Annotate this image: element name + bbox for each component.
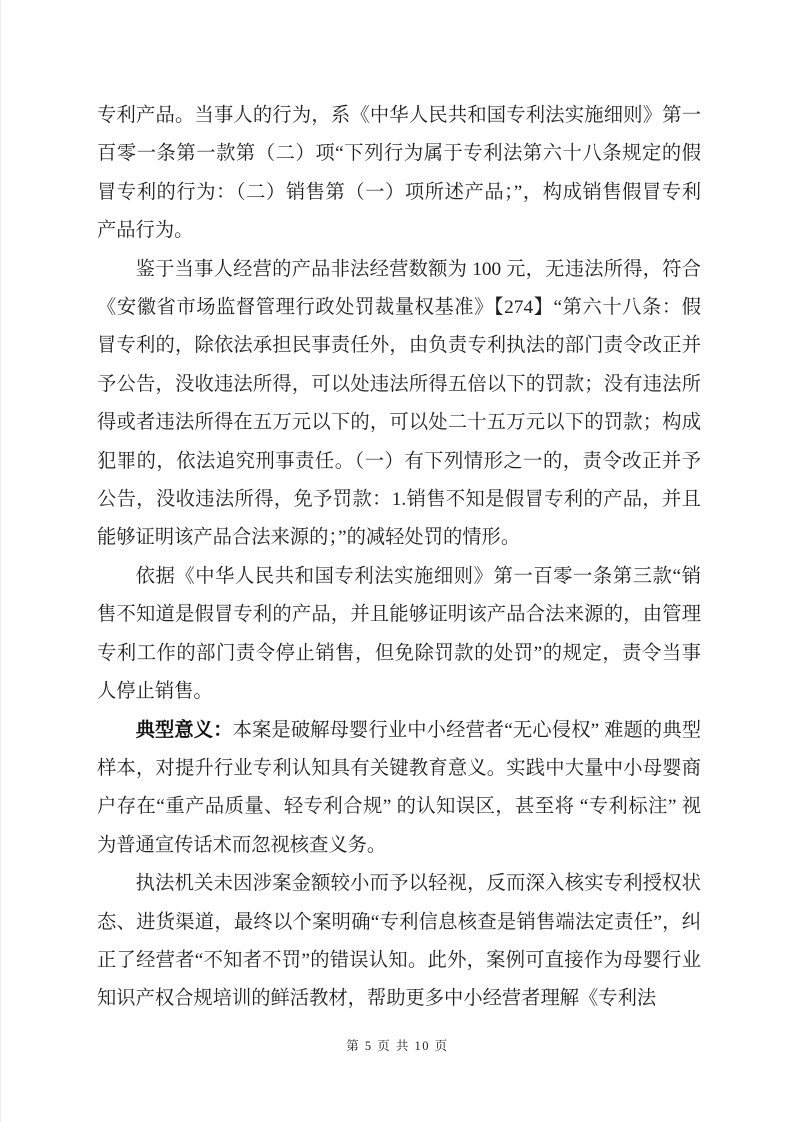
document-body: 专利产品。当事人的行为，系《中华人民共和国专利法实施细则》第一百零一条第一款第（… [97, 97, 701, 1019]
paragraph-text: 鉴于当事人经营的产品非法经营数额为 100 元，无违法所得，符合《安徽省市场监督… [97, 259, 701, 549]
paragraph: 依据《中华人民共和国专利法实施细则》第一百零一条第三款“销售不知道是假冒专利的产… [97, 558, 701, 712]
paragraph-text: 执法机关未因涉案金额较小而予以轻视，反而深入核实专利授权状态、进货渠道，最终以个… [97, 873, 701, 1009]
paragraph: 专利产品。当事人的行为，系《中华人民共和国专利法实施细则》第一百零一条第一款第（… [97, 97, 701, 251]
paragraph: 典型意义：本案是破解母婴行业中小经营者“无心侵权” 难题的典型样本，对提升行业专… [97, 712, 701, 866]
paragraph-text: 依据《中华人民共和国专利法实施细则》第一百零一条第三款“销售不知道是假冒专利的产… [97, 566, 701, 702]
page-footer: 第 5 页 共 10 页 [1, 1036, 794, 1054]
paragraph: 执法机关未因涉案金额较小而予以轻视，反而深入核实专利授权状态、进货渠道，最终以个… [97, 865, 701, 1019]
document-page: 专利产品。当事人的行为，系《中华人民共和国专利法实施细则》第一百零一条第一款第（… [0, 0, 794, 1122]
paragraph-lead: 典型意义： [136, 720, 233, 741]
paragraph-text: 专利产品。当事人的行为，系《中华人民共和国专利法实施细则》第一百零一条第一款第（… [97, 105, 701, 241]
paragraph: 鉴于当事人经营的产品非法经营数额为 100 元，无违法所得，符合《安徽省市场监督… [97, 251, 701, 558]
page-number-label: 第 5 页 共 10 页 [346, 1039, 448, 1053]
